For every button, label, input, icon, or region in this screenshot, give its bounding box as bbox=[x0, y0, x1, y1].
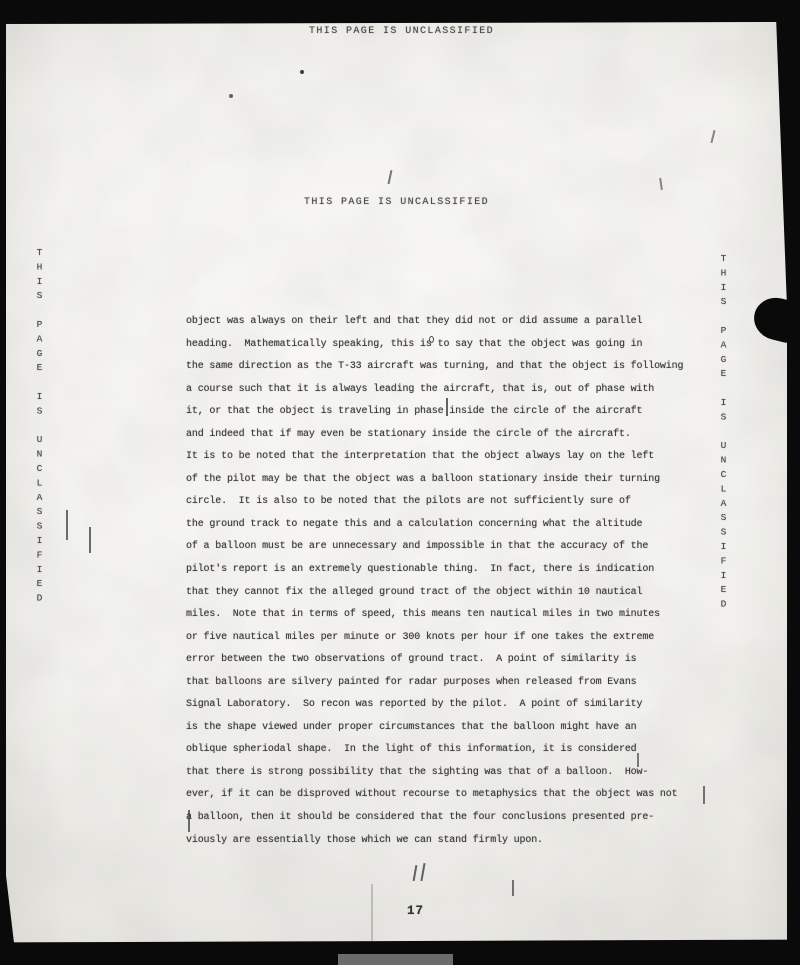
scan-artifact bbox=[388, 170, 392, 184]
scan-artifact bbox=[66, 510, 68, 540]
body-line: error between the two observations of gr… bbox=[186, 649, 683, 672]
body-line: the same direction as the T-33 aircraft … bbox=[186, 356, 683, 379]
body-line: viously are essentially those which we c… bbox=[186, 830, 683, 853]
body-line: miles. Note that in terms of speed, this… bbox=[186, 604, 683, 627]
scan-artifact bbox=[413, 865, 417, 881]
body-line: a balloon, then it should be considered … bbox=[186, 807, 683, 830]
body-line: circle. It is also to be noted that the … bbox=[186, 491, 683, 514]
scanned-document-page: THIS PAGE IS UNCLASSIFIED THIS PAGE IS U… bbox=[0, 0, 800, 965]
scan-border-left bbox=[0, 0, 6, 965]
body-line: It is to be noted that the interpretatio… bbox=[186, 446, 683, 469]
body-line: it, or that the object is traveling in p… bbox=[186, 401, 683, 424]
body-line: is the shape viewed under proper circums… bbox=[186, 717, 683, 740]
body-line: heading. Mathematically speaking, this i… bbox=[186, 334, 683, 357]
body-line: pilot's report is an extremely questiona… bbox=[186, 559, 683, 582]
body-line: or five nautical miles per minute or 300… bbox=[186, 627, 683, 650]
page-number: 17 bbox=[407, 904, 424, 918]
body-line: the ground track to negate this and a ca… bbox=[186, 514, 683, 537]
body-line: object was always on their left and that… bbox=[186, 311, 683, 334]
scan-bottom-strip-artifact bbox=[338, 954, 453, 965]
body-line: of a balloon must be are unnecessary and… bbox=[186, 536, 683, 559]
body-line: that balloons are silvery painted for ra… bbox=[186, 672, 683, 695]
body-line: that they cannot fix the alleged ground … bbox=[186, 582, 683, 605]
right-margin-classification-stamp: THIS PAGE IS UNCLASSIFIED bbox=[718, 253, 729, 613]
body-line: of the pilot may be that the object was … bbox=[186, 469, 683, 492]
scan-artifact bbox=[420, 863, 425, 881]
body-line: a course such that it is always leading … bbox=[186, 379, 683, 402]
body-line: that there is strong possibility that th… bbox=[186, 762, 683, 785]
scan-seam-artifact bbox=[371, 884, 373, 941]
body-line: Signal Laboratory. So recon was reported… bbox=[186, 694, 683, 717]
body-line: and indeed that if may even be stationar… bbox=[186, 424, 683, 447]
body-paragraph: object was always on their left and that… bbox=[186, 311, 683, 852]
scan-artifact bbox=[710, 130, 715, 143]
scan-artifact bbox=[89, 527, 91, 553]
scan-border-top bbox=[0, 0, 800, 24]
scan-artifact bbox=[300, 70, 304, 74]
body-line: ever, if it can be disproved without rec… bbox=[186, 784, 683, 807]
scan-artifact bbox=[229, 94, 233, 98]
center-classification-stamp: THIS PAGE IS UNCALSSIFIED bbox=[304, 197, 489, 208]
scan-artifact bbox=[659, 178, 662, 190]
ink-blob-artifact bbox=[750, 293, 800, 345]
scan-border-left-wedge bbox=[0, 868, 17, 965]
body-line: oblique spheriodal shape. In the light o… bbox=[186, 739, 683, 762]
left-margin-classification-stamp: THIS PAGE IS UNCLASSIFIED bbox=[34, 247, 45, 607]
scan-artifact bbox=[703, 786, 705, 804]
scan-artifact bbox=[512, 880, 514, 896]
top-classification-stamp: THIS PAGE IS UNCLASSIFIED bbox=[309, 26, 494, 37]
